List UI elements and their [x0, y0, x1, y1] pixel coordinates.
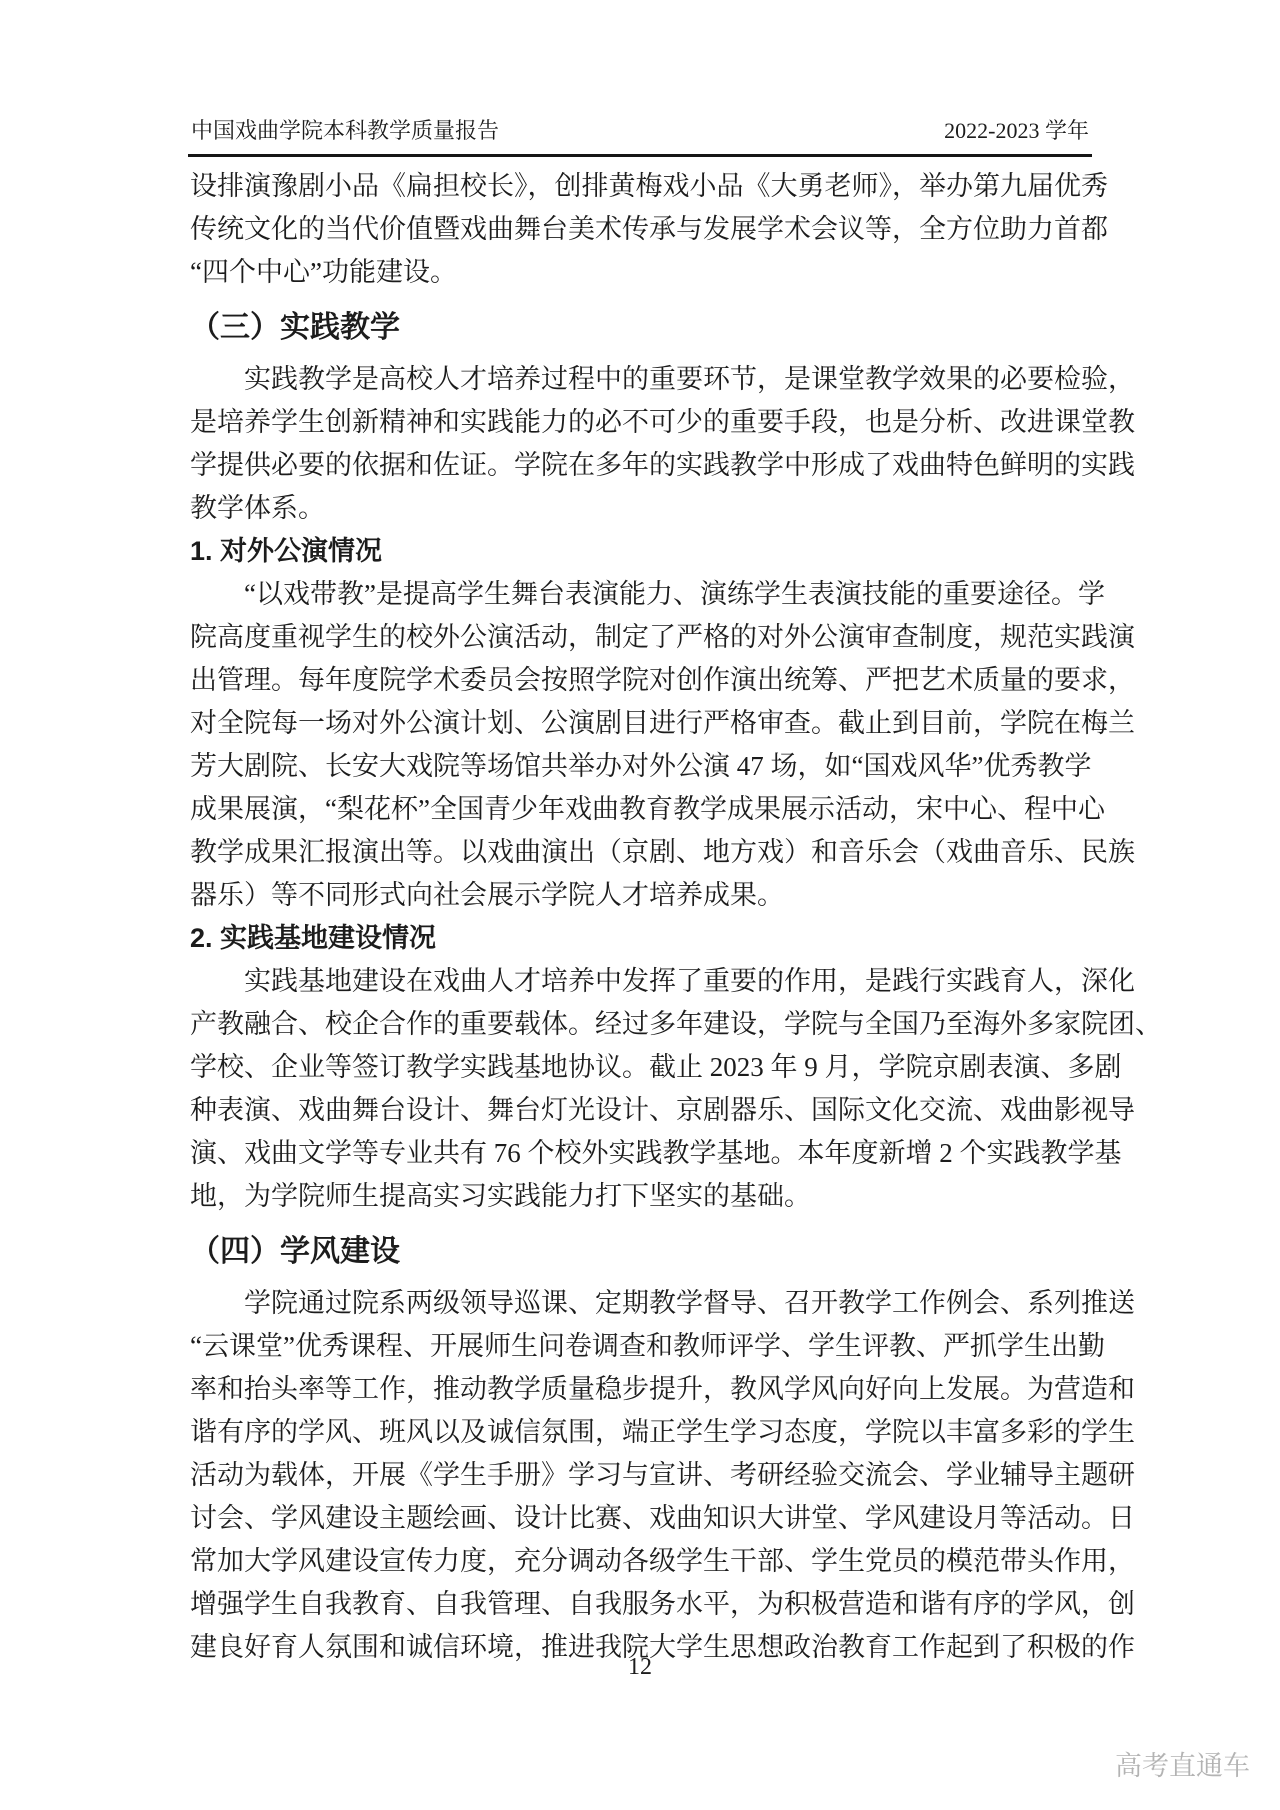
text-line: 教学成果汇报演出等。以戏曲演出（京剧、地方戏）和音乐会（戏曲音乐、民族: [190, 831, 1090, 874]
text-line: 讨会、学风建设主题绘画、设计比赛、戏曲知识大讲堂、学风建设月等活动。日: [190, 1497, 1090, 1540]
text-line: 出管理。每年度院学术委员会按照学院对创作演出统筹、严把艺术质量的要求，: [190, 659, 1090, 702]
paragraph: “以戏带教”是提高学生舞台表演能力、演练学生表演技能的重要途径。学院高度重视学生…: [190, 573, 1090, 917]
text-line: 传统文化的当代价值暨戏曲舞台美术传承与发展学术会议等，全方位助力首都: [190, 208, 1090, 251]
text-line: 产教融合、校企合作的重要载体。经过多年建设，学院与全国乃至海外多家院团、: [190, 1003, 1090, 1046]
page-number: 12: [0, 1653, 1280, 1681]
text-line: 学院通过院系两级领导巡课、定期教学督导、召开教学工作例会、系列推送: [190, 1282, 1090, 1325]
paragraph: 学院通过院系两级领导巡课、定期教学督导、召开教学工作例会、系列推送“云课堂”优秀…: [190, 1282, 1090, 1669]
text-line: 是培养学生创新精神和实践能力的必不可少的重要手段，也是分析、改进课堂教: [190, 401, 1090, 444]
paragraph: 实践基地建设在戏曲人才培养中发挥了重要的作用，是践行实践育人，深化产教融合、校企…: [190, 960, 1090, 1218]
text-line: 演、戏曲文学等专业共有 76 个校外实践教学基地。本年度新增 2 个实践教学基: [190, 1132, 1090, 1175]
text-line: 率和抬头率等工作，推动教学质量稳步提升，教风学风向好向上发展。为营造和: [190, 1368, 1090, 1411]
text-line: 芳大剧院、长安大戏院等场馆共举办对外公演 47 场，如“国戏风华”优秀教学: [190, 745, 1090, 788]
text-line: “四个中心”功能建设。: [190, 251, 1090, 294]
paragraph: 实践教学是高校人才培养过程中的重要环节，是课堂教学效果的必要检验，是培养学生创新…: [190, 358, 1090, 530]
text-line: 教学体系。: [190, 487, 1090, 530]
text-line: 谐有序的学风、班风以及诚信氛围，端正学生学习态度，学院以丰富多彩的学生: [190, 1411, 1090, 1454]
text-line: 成果展演，“梨花杯”全国青少年戏曲教育教学成果展示活动，宋中心、程中心: [190, 788, 1090, 831]
text-line: 设排演豫剧小品《扁担校长》，创排黄梅戏小品《大勇老师》，举办第九届优秀: [190, 165, 1090, 208]
running-header: 中国戏曲学院本科教学质量报告 2022-2023 学年: [191, 117, 1089, 144]
text-line: 常加大学风建设宣传力度，充分调动各级学生干部、学生党员的模范带头作用，: [190, 1540, 1090, 1583]
text-line: 院高度重视学生的校外公演活动，制定了严格的对外公演审查制度，规范实践演: [190, 616, 1090, 659]
section-heading: （四）学风建设: [190, 1230, 1090, 1274]
text-line: 活动为载体，开展《学生手册》学习与宣讲、考研经验交流会、学业辅导主题研: [190, 1454, 1090, 1497]
header-left-title: 中国戏曲学院本科教学质量报告: [191, 117, 499, 144]
sub-heading: 2. 实践基地建设情况: [190, 917, 1090, 960]
document-page: 中国戏曲学院本科教学质量报告 2022-2023 学年 设排演豫剧小品《扁担校长…: [0, 0, 1280, 1810]
text-line: 增强学生自我教育、自我管理、自我服务水平，为积极营造和谐有序的学风，创: [190, 1583, 1090, 1626]
section-heading: （三）实践教学: [190, 306, 1090, 350]
text-line: 实践基地建设在戏曲人才培养中发挥了重要的作用，是践行实践育人，深化: [190, 960, 1090, 1003]
header-right-academic-year: 2022-2023 学年: [944, 117, 1089, 144]
text-line: 地，为学院师生提高实习实践能力打下坚实的基础。: [190, 1175, 1090, 1218]
text-line: 种表演、戏曲舞台设计、舞台灯光设计、京剧器乐、国际文化交流、戏曲影视导: [190, 1089, 1090, 1132]
header-divider: [188, 154, 1092, 157]
text-line: 对全院每一场对外公演计划、公演剧目进行严格审查。截止到目前，学院在梅兰: [190, 702, 1090, 745]
sub-heading: 1. 对外公演情况: [190, 530, 1090, 573]
text-line: 器乐）等不同形式向社会展示学院人才培养成果。: [190, 874, 1090, 917]
text-line: 学提供必要的依据和佐证。学院在多年的实践教学中形成了戏曲特色鲜明的实践: [190, 444, 1090, 487]
paragraph: 设排演豫剧小品《扁担校长》，创排黄梅戏小品《大勇老师》，举办第九届优秀传统文化的…: [190, 165, 1090, 294]
watermark-text: 高考直通车: [1115, 1750, 1250, 1782]
text-line: “云课堂”优秀课程、开展师生问卷调查和教师评学、学生评教、严抓学生出勤: [190, 1325, 1090, 1368]
document-body: 设排演豫剧小品《扁担校长》，创排黄梅戏小品《大勇老师》，举办第九届优秀传统文化的…: [190, 160, 1090, 1669]
text-line: “以戏带教”是提高学生舞台表演能力、演练学生表演技能的重要途径。学: [190, 573, 1090, 616]
text-line: 实践教学是高校人才培养过程中的重要环节，是课堂教学效果的必要检验，: [190, 358, 1090, 401]
text-line: 学校、企业等签订教学实践基地协议。截止 2023 年 9 月，学院京剧表演、多剧: [190, 1046, 1090, 1089]
